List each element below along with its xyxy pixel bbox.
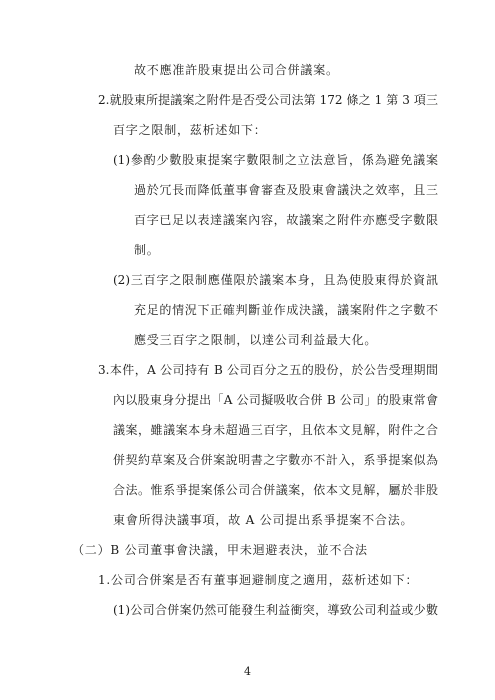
text-line: 2.就股東所提議案之附件是否受公司法第 172 條之 1 第 3 項三	[98, 85, 438, 115]
text-line: 過於冗長而降低董事會審查及股東會議決之效率，且三	[134, 175, 438, 205]
text-line: 議案，雖議案本身未超過三百字，且依本文見解，附件之合	[113, 415, 438, 445]
text-line: 制。	[134, 235, 438, 265]
numbered-item-1: 1.公司合併案是否有董事迴避制度之適用，茲析述如下：	[0, 565, 495, 595]
document-page: 故不應准許股東提出公司合併議案。 2.就股東所提議案之附件是否受公司法第 172…	[0, 0, 495, 700]
text-line: 百字之限制，茲析述如下：	[113, 115, 438, 145]
page-number: 4	[0, 661, 495, 683]
text-line: (2)三百字之限制應僅限於議案本身，且為使股東得於資訊	[113, 265, 438, 295]
section-heading-text: （二）B 公司董事會決議，甲未迴避表決，並不合法	[72, 535, 438, 565]
text-line: 合法。惟系爭提案係公司合併議案，依本文見解，屬於非股	[113, 475, 438, 505]
text-line: 併契約草案及合併案說明書之字數亦不計入，系爭提案似為	[113, 445, 438, 475]
numbered-item-2: 2.就股東所提議案之附件是否受公司法第 172 條之 1 第 3 項三 百字之限…	[0, 85, 495, 145]
paragraph-continuation: 故不應准許股東提出公司合併議案。	[0, 55, 495, 85]
text-line: 應受三百字之限制，以達公司利益最大化。	[134, 325, 438, 355]
section-heading-2: （二）B 公司董事會決議，甲未迴避表決，並不合法	[0, 535, 495, 565]
sub-item-1: (1)參酌少數股東提案字數限制之立法意旨，係為避免議案 過於冗長而降低董事會審查…	[0, 145, 495, 265]
text-line: (1)參酌少數股東提案字數限制之立法意旨，係為避免議案	[113, 145, 438, 175]
text-line: 東會所得決議事項，故 A 公司提出系爭提案不合法。	[113, 505, 438, 535]
sub-item-1b: (1)公司合併案仍然可能發生利益衝突，導致公司利益或少數	[0, 595, 495, 625]
text-line: (1)公司合併案仍然可能發生利益衝突，導致公司利益或少數	[113, 595, 438, 625]
numbered-item-3: 3.本件，A 公司持有 B 公司百分之五的股份，於公告受理期間 內以股東身分提出…	[0, 355, 495, 535]
text-line: 3.本件，A 公司持有 B 公司百分之五的股份，於公告受理期間	[98, 355, 438, 385]
sub-item-2: (2)三百字之限制應僅限於議案本身，且為使股東得於資訊 充足的情況下正確判斷並作…	[0, 265, 495, 355]
text-line: 充足的情況下正確判斷並作成決議，議案附件之字數不	[134, 295, 438, 325]
text-line: 百字已足以表達議案內容，故議案之附件亦應受字數限	[134, 205, 438, 235]
document-body: 故不應准許股東提出公司合併議案。 2.就股東所提議案之附件是否受公司法第 172…	[0, 55, 495, 625]
text-line: 內以股東身分提出「A 公司擬吸收合併 B 公司」的股東常會	[113, 385, 438, 415]
text-line: 1.公司合併案是否有董事迴避制度之適用，茲析述如下：	[98, 565, 438, 595]
text-line: 故不應准許股東提出公司合併議案。	[134, 55, 438, 85]
